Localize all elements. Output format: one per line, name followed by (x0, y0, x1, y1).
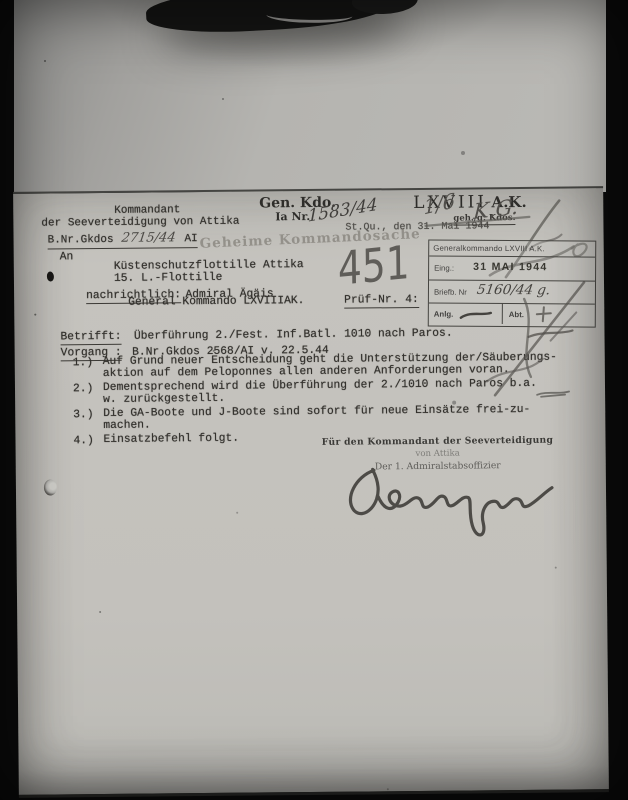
ink-blot-artifact (47, 271, 54, 281)
signature-stamp-line-1: Für den Kommandant der Seeverteidigung (315, 435, 559, 448)
document-page: Kommandant der Seeverteidigung von Attik… (13, 186, 609, 798)
eingang-label: Eing.: (434, 264, 454, 273)
binding-clip (145, 0, 391, 36)
recipient-3: General Kommando LXVIIIAK. (128, 295, 304, 309)
an-label: An (60, 251, 74, 263)
page-number-handwritten: 451 (338, 235, 410, 296)
receipt-stamp-title: Generalkommando LXVIII A.K. (433, 244, 545, 254)
dust-specks-page (34, 314, 36, 316)
briefbuch-label: Briefb. Nr (434, 288, 467, 297)
ia-number-label: Ia Nr. (275, 210, 310, 223)
item-3-text: Die GA-Boote und J-Boote sind sofort für… (103, 404, 603, 432)
pruef-nr-label: Prüf-Nr. 4: (344, 293, 419, 308)
signature-handwriting (334, 451, 559, 554)
item-2-number: 2.) (73, 383, 93, 395)
pencil-dash-item-2 (535, 386, 571, 398)
eingang-date-stamp: 31 MAI 1944 (473, 261, 547, 273)
item-3-number: 3.) (73, 409, 93, 421)
sender-ref-number-handwritten: 2715/44 (121, 230, 177, 246)
previous-page-edge (14, 0, 606, 192)
item-4-number: 4.) (73, 435, 93, 447)
sender-ref-suffix: AI (184, 233, 197, 245)
sender-unit: der Seeverteidigung von Attika (41, 216, 253, 230)
anlagen-label: Anlg. (434, 310, 454, 319)
sender-ref-line: B.Nr.Gkdos 2715/44 AI (47, 228, 197, 249)
film-frame-background: Kommandant der Seeverteidigung von Attik… (0, 0, 628, 800)
dust-specks-top (44, 60, 46, 62)
sender-ref-label: B.Nr.Gkdos (48, 234, 114, 247)
pencil-dash-after-paros (526, 326, 576, 340)
punch-hole (44, 479, 57, 495)
item-1-number: 1.) (73, 357, 93, 369)
